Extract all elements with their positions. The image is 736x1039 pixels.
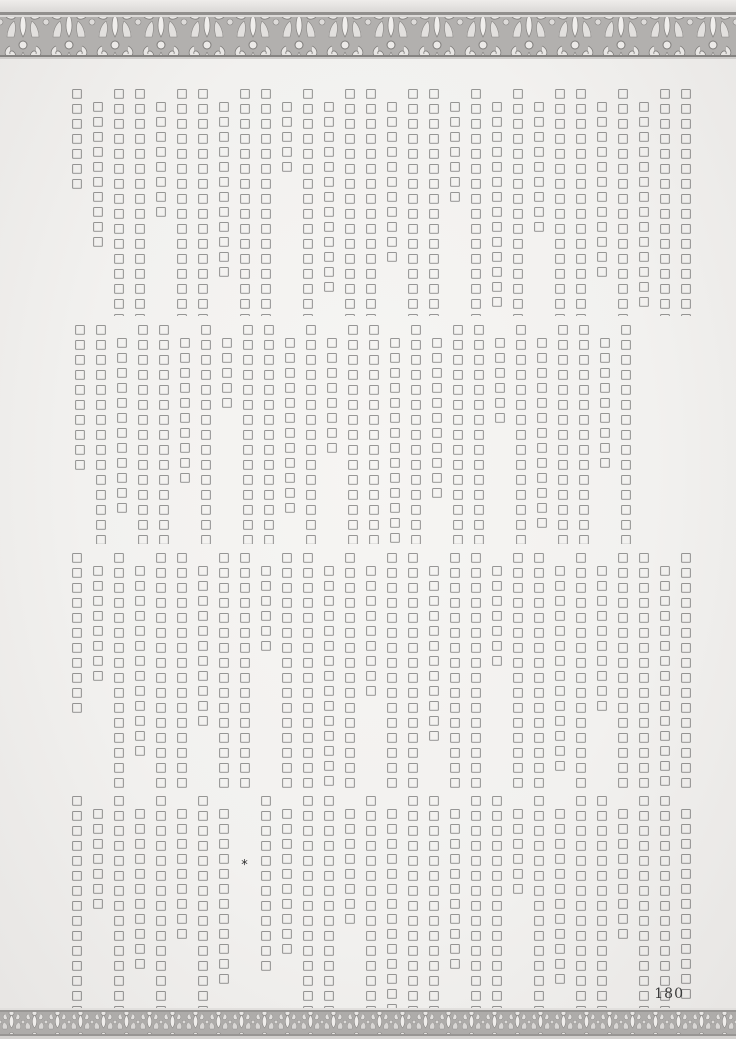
- text-column-redacted: □□□□□□□□□□□□□□□□□□: [511, 550, 524, 792]
- text-column-redacted: □□□□□□□□□□□□□□□□: [637, 793, 650, 1011]
- text-column-redacted: □□□□□□□□□□□□□□□□□□: [469, 550, 482, 792]
- text-column-redacted: □□□□□□□□□□□□□□□□: [595, 793, 608, 1011]
- text-column-redacted: □□□□□□□□□□□□□□: [388, 322, 401, 544]
- text-column-redacted: □□□□□□□□□□□□□□□□□: [301, 86, 314, 316]
- text-band-1: □□□□□□□□□□□□□□□□□□□□□□□□□□□□□□□□□□□□□□□□…: [56, 86, 692, 316]
- text-column-redacted: □□□□□□□□□□: [280, 793, 293, 956]
- text-column-redacted: □□□□□□□□□□□□□□□□□□: [385, 550, 398, 792]
- text-band-3: □□□□□□□□□□□□□□□□□□□□□□□□□□□□□□□□□□□□□□□□…: [56, 550, 692, 792]
- text-column-redacted: □□□□□□□□□: [364, 550, 377, 698]
- text-column-redacted: □□□□□□□□□□□□□□□□: [574, 793, 587, 1011]
- text-column-redacted: □□□□□□□□□: [598, 322, 611, 470]
- text-column-redacted: □□□□□□□□□□□□: [595, 86, 608, 279]
- text-column-redacted: □□□□□□□□□□□□□□□□□: [259, 86, 272, 316]
- text-column-redacted: □□□□□□□□: [154, 86, 167, 219]
- text-column-redacted: □□□□□□□□□□□□□□□□□: [658, 86, 671, 316]
- text-column-redacted: □□□□□□□□□□□□□□□□□: [196, 86, 209, 316]
- text-column-redacted: □□□□□□□□□□□□□□: [553, 550, 566, 773]
- text-column-redacted: □□□□□□□□□□□□□□□□□: [406, 86, 419, 316]
- text-column-redacted: □□□□□□□□□□: [73, 322, 86, 472]
- text-column-redacted: □□□□□□□□□□□□□□□□□□: [280, 550, 293, 792]
- text-column-redacted: □□□□□□□□□: [616, 793, 629, 941]
- text-column-redacted: □□□□□□□□□□□□: [115, 322, 128, 515]
- text-column-redacted: □□□□□□□□□□□□□□□□□: [364, 86, 377, 316]
- text-column-redacted: □□□□□□□□□□□□□□□□□□: [637, 550, 650, 792]
- text-column-redacted: □□□□□□□□□□□: [448, 793, 461, 971]
- text-column-redacted: □□□□□□□□□□□□□□□□□: [451, 322, 464, 544]
- text-column-redacted: □□□□□□□□□□□□□□□□□: [157, 322, 170, 544]
- text-column-redacted: □□□□□□□□□□□: [70, 550, 83, 715]
- bottom-ornamental-border: [0, 1008, 736, 1039]
- text-column-redacted: □□□□□□□□□□□□□□□□□□: [301, 550, 314, 792]
- text-column-redacted: □□□□□□□□□□□□□: [133, 550, 146, 758]
- text-column-redacted: □□□□□□□□□□□□□□□□□□: [217, 550, 230, 792]
- top-ornamental-border: [0, 0, 736, 59]
- text-column-redacted: □□□□□□□□□□□□□□□□□: [346, 322, 359, 544]
- text-column-redacted: □□□□□□□□□□□□□□□□: [427, 793, 440, 1011]
- text-column-redacted: □□□□□□□□□□□□□□□□: [658, 793, 671, 1011]
- text-column-redacted: □□□□□□□□□□□□: [217, 86, 230, 279]
- text-column-redacted: □□□□□□□□□: [532, 86, 545, 234]
- text-column-redacted: □□□□□□□□□□□□□□□□□□: [112, 550, 125, 792]
- text-column-redacted: □□□□□□□□□□□□□□□□□□: [343, 550, 356, 792]
- text-column-redacted: □□□□□□□□□□: [91, 86, 104, 249]
- text-column-redacted: □□□□□□: [511, 793, 524, 896]
- text-column-redacted: □□□□□□□□□□□□□□□□□: [574, 86, 587, 316]
- scene-break-asterisk: *: [238, 793, 251, 874]
- text-column-redacted: □□□□□□□□□□□: [196, 550, 209, 728]
- text-column-redacted: □□□□□□□□□□□□□: [322, 86, 335, 294]
- text-column-redacted: □□□□□□□□□□□□□□□□□□: [175, 550, 188, 792]
- text-column-redacted: □□□□□□□□□□□□□□□□: [70, 793, 83, 1011]
- text-column-redacted: □□□□□□□□□□□□□□: [385, 793, 398, 1011]
- text-column-redacted: □□□□□□□□□□□□□□□□□: [136, 322, 149, 544]
- text-band-4: □□□□□□□□□□□□□□□□□□□□□□□□□□□□□□□□□□□□□□□□…: [56, 793, 692, 1011]
- text-column-redacted: □□□□□□□□□□□□□□□□□□: [679, 550, 692, 792]
- text-column-redacted: □□□□□□□□□□□□□□□□□: [616, 86, 629, 316]
- text-column-redacted: □□□□□□□□□□□□□□: [637, 86, 650, 309]
- text-column-redacted: □□□□□□□□□□□□□□□□□: [343, 86, 356, 316]
- text-column-redacted: □□□□□□□□□□□□□□□□□: [556, 322, 569, 544]
- text-column-redacted: □□□□□□□□□□□□□□□□□: [511, 86, 524, 316]
- text-column-redacted: □□□□□□□: [448, 86, 461, 204]
- text-column-redacted: □□□□□□□□□□□□□□□□: [406, 793, 419, 1011]
- text-column-redacted: □□□□□□□□□□□□□□□□□: [619, 322, 632, 544]
- text-column-redacted: □□□□□□□□: [325, 322, 338, 455]
- text-column-redacted: □□□□□: [220, 322, 233, 410]
- text-column-redacted: □□□□□□□□□□□□: [283, 322, 296, 515]
- text-column-redacted: □□□□□□□□□□□□□□□□□□: [154, 550, 167, 792]
- text-column-redacted: □□□□□□□□□□□□□□□□□: [133, 86, 146, 316]
- text-column-redacted: □□□□□□□□□□□□□□□□□: [199, 322, 212, 544]
- text-band-2: □□□□□□□□□□□□□□□□□□□□□□□□□□□□□□□□□□□□□□□□…: [56, 322, 632, 544]
- text-column-redacted: □□□□□: [280, 86, 293, 174]
- text-column-redacted: □□□□□□□□□□□□□□□□: [322, 793, 335, 1011]
- text-column-redacted: □□□□□□□□□□□□□□: [490, 86, 503, 309]
- text-column-redacted: □□□□□□□□□□□□□□□□□□: [574, 550, 587, 792]
- text-column-redacted: □□□□□□□□: [343, 793, 356, 926]
- text-column-redacted: □□□□□□□□□□□□: [427, 550, 440, 743]
- text-column-redacted: □□□□□□□□□□□□□□□□□: [367, 322, 380, 544]
- text-column-redacted: □□□□□□□: [91, 793, 104, 911]
- text-column-redacted: □□□□□□□□□□□□□□□□□: [514, 322, 527, 544]
- text-column-redacted: □□□□□□□□□□□□□□□□□: [112, 86, 125, 316]
- text-column-redacted: □□□□□□□□□□□□□□□□: [364, 793, 377, 1011]
- text-column-redacted: □□□□□□□□: [91, 550, 104, 683]
- text-column-redacted: □□□□□□□□□□□□□□□□: [112, 793, 125, 1011]
- text-column-redacted: □□□□□□□: [70, 86, 83, 191]
- text-column-redacted: □□□□□□□□□□□□□□□□□: [238, 86, 251, 316]
- text-column-redacted: □□□□□□□□□□□□□□□□□: [409, 322, 422, 544]
- text-column-redacted: □□□□□□□□□□□: [385, 86, 398, 264]
- text-column-redacted: □□□□□□□□□□□□□□□□□: [241, 322, 254, 544]
- text-column-redacted: □□□□□□□□□□□□□□□□□: [94, 322, 107, 544]
- text-column-redacted: □□□□□□□□□□□□□□□□: [469, 793, 482, 1011]
- text-column-redacted: □□□□□□: [259, 550, 272, 653]
- text-column-redacted: □□□□□□□□□□□□□□□□□: [469, 86, 482, 316]
- text-column-redacted: □□□□□□□: [490, 550, 503, 668]
- text-column-redacted: □□□□□□□□□□□□□□□: [658, 550, 671, 788]
- text-column-redacted: □□□□□□□□□□: [178, 322, 191, 485]
- text-column-redacted: □□□□□□□□□□□□□□□□□□: [532, 550, 545, 792]
- text-column-redacted: □□□□□□□□□□: [595, 550, 608, 713]
- text-column-redacted: □□□□□□□□□□□□□□□□□: [427, 86, 440, 316]
- text-column-redacted: □□□□□□□□□□□□□□□□: [196, 793, 209, 1011]
- text-column-redacted: □□□□□□□□□□□□□: [679, 793, 692, 1001]
- text-column-redacted: □□□□□□□□□□□□□□□□□□: [448, 550, 461, 792]
- text-column-redacted: □□□□□□□□□□□□: [259, 793, 272, 973]
- text-column-redacted: □□□□□□□□□□□□□□□□□: [553, 86, 566, 316]
- text-column-redacted: □□□□□□: [493, 322, 506, 425]
- text-column-redacted: □□□□□□□□□□□□□□□□□: [679, 86, 692, 316]
- book-page-scan: { "page": { "number": "180", "kind": "sc…: [0, 0, 736, 1039]
- text-column-redacted: □□□□□□□□□□□□□□□□□: [175, 86, 188, 316]
- text-column-redacted: □□□□□□□□□□□: [133, 793, 146, 971]
- text-column-redacted: □□□□□□□□□□□□□□□□□□: [238, 550, 251, 792]
- text-column-redacted: □□□□□□□□□□□□: [217, 793, 230, 986]
- text-column-redacted: □□□□□□□□□□□□□□□□: [490, 793, 503, 1011]
- text-column-redacted: □□□□□□□□□□□□□□□□□: [577, 322, 590, 544]
- text-column-redacted: □□□□□□□□□□□□□□□□: [154, 793, 167, 1011]
- text-column-redacted: □□□□□□□□□□□□□□□□: [532, 793, 545, 1011]
- text-column-redacted: □□□□□□□□□□□□□: [535, 322, 548, 530]
- page-number: 180: [654, 986, 684, 1002]
- text-column-redacted: □□□□□□□□□□□□□□□□□□: [616, 550, 629, 792]
- text-column-redacted: □□□□□□□□□□□□□□□□□: [304, 322, 317, 544]
- text-column-redacted: □□□□□□□□□□□: [430, 322, 443, 500]
- text-column-redacted: □□□□□□□□□□□□□□□: [322, 550, 335, 788]
- text-column-redacted: □□□□□□□□□: [175, 793, 188, 941]
- text-column-redacted: □□□□□□□□□□□□□□□□□: [472, 322, 485, 544]
- text-column-redacted: □□□□□□□□□□□□□□□□□□: [406, 550, 419, 792]
- text-column-redacted: □□□□□□□□□□□□□□□□□: [262, 322, 275, 544]
- text-column-redacted: □□□□□□□□□□□□: [553, 793, 566, 986]
- text-column-redacted: □□□□□□□□□□□□□□□□: [301, 793, 314, 1011]
